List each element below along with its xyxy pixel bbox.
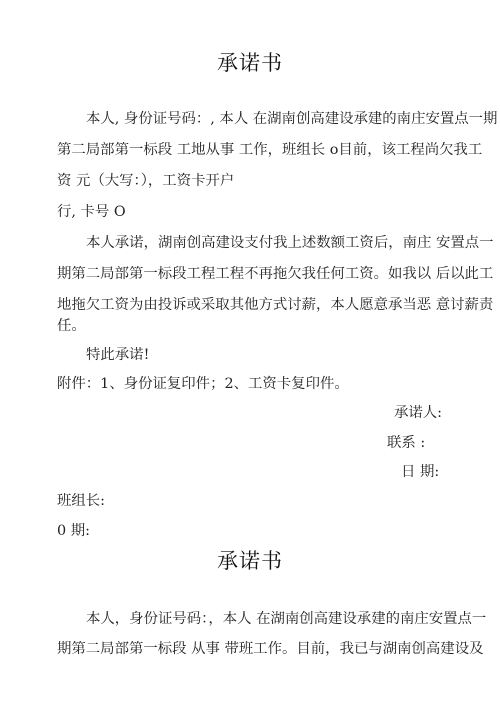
- signature-date: 日 期:: [401, 463, 439, 481]
- paragraph-line: 本人承诺，湖南创高建设支付我上述数额工资后，南庄 安置点一: [86, 234, 494, 252]
- paragraph-line: 任。: [57, 317, 86, 335]
- paragraph-line: 本人, 身份证号码：, 本人 在湖南创高建设承建的南庄安置点一期: [86, 110, 497, 128]
- document-page: 承诺书 本人, 身份证号码：, 本人 在湖南创高建设承建的南庄安置点一期 第二局…: [0, 0, 500, 710]
- signature-contact: 联系 :: [387, 434, 425, 452]
- paragraph-line: 地拖欠工资为由投诉或采取其他方式讨薪，本人愿意承当恶 意讨薪责: [57, 296, 493, 314]
- attachments-line: 附件：1、身份证复印件；2、工资卡复印件。: [57, 375, 349, 393]
- paragraph-line: 本人，身份证号码：，本人 在湖南创高建设承建的南庄安置点一: [86, 610, 486, 628]
- team-leader-date: 0 期:: [57, 522, 90, 540]
- paragraph-line: 期第二局部第一标段 从事 带班工作。目前，我已与湖南创高建设及: [57, 640, 483, 658]
- closing-statement: 特此承诺!: [86, 346, 149, 364]
- team-leader-label: 班组长:: [57, 492, 105, 510]
- paragraph-line: 资 元（大写：），工资卡开户: [57, 172, 234, 190]
- paragraph-line: 期第二局部第一标段工程工程不再拖欠我任何工资。如我以 后以此工: [57, 265, 493, 283]
- document-title: 承诺书: [0, 47, 500, 77]
- document-title-2: 承诺书: [0, 545, 500, 575]
- paragraph-line: 行, 卡号 O: [57, 203, 126, 221]
- signature-promisor: 承诺人:: [394, 404, 442, 422]
- paragraph-line: 第二局部第一标段 工地从事 工作，班组长 o目前，该工程尚欠我工: [57, 141, 482, 159]
